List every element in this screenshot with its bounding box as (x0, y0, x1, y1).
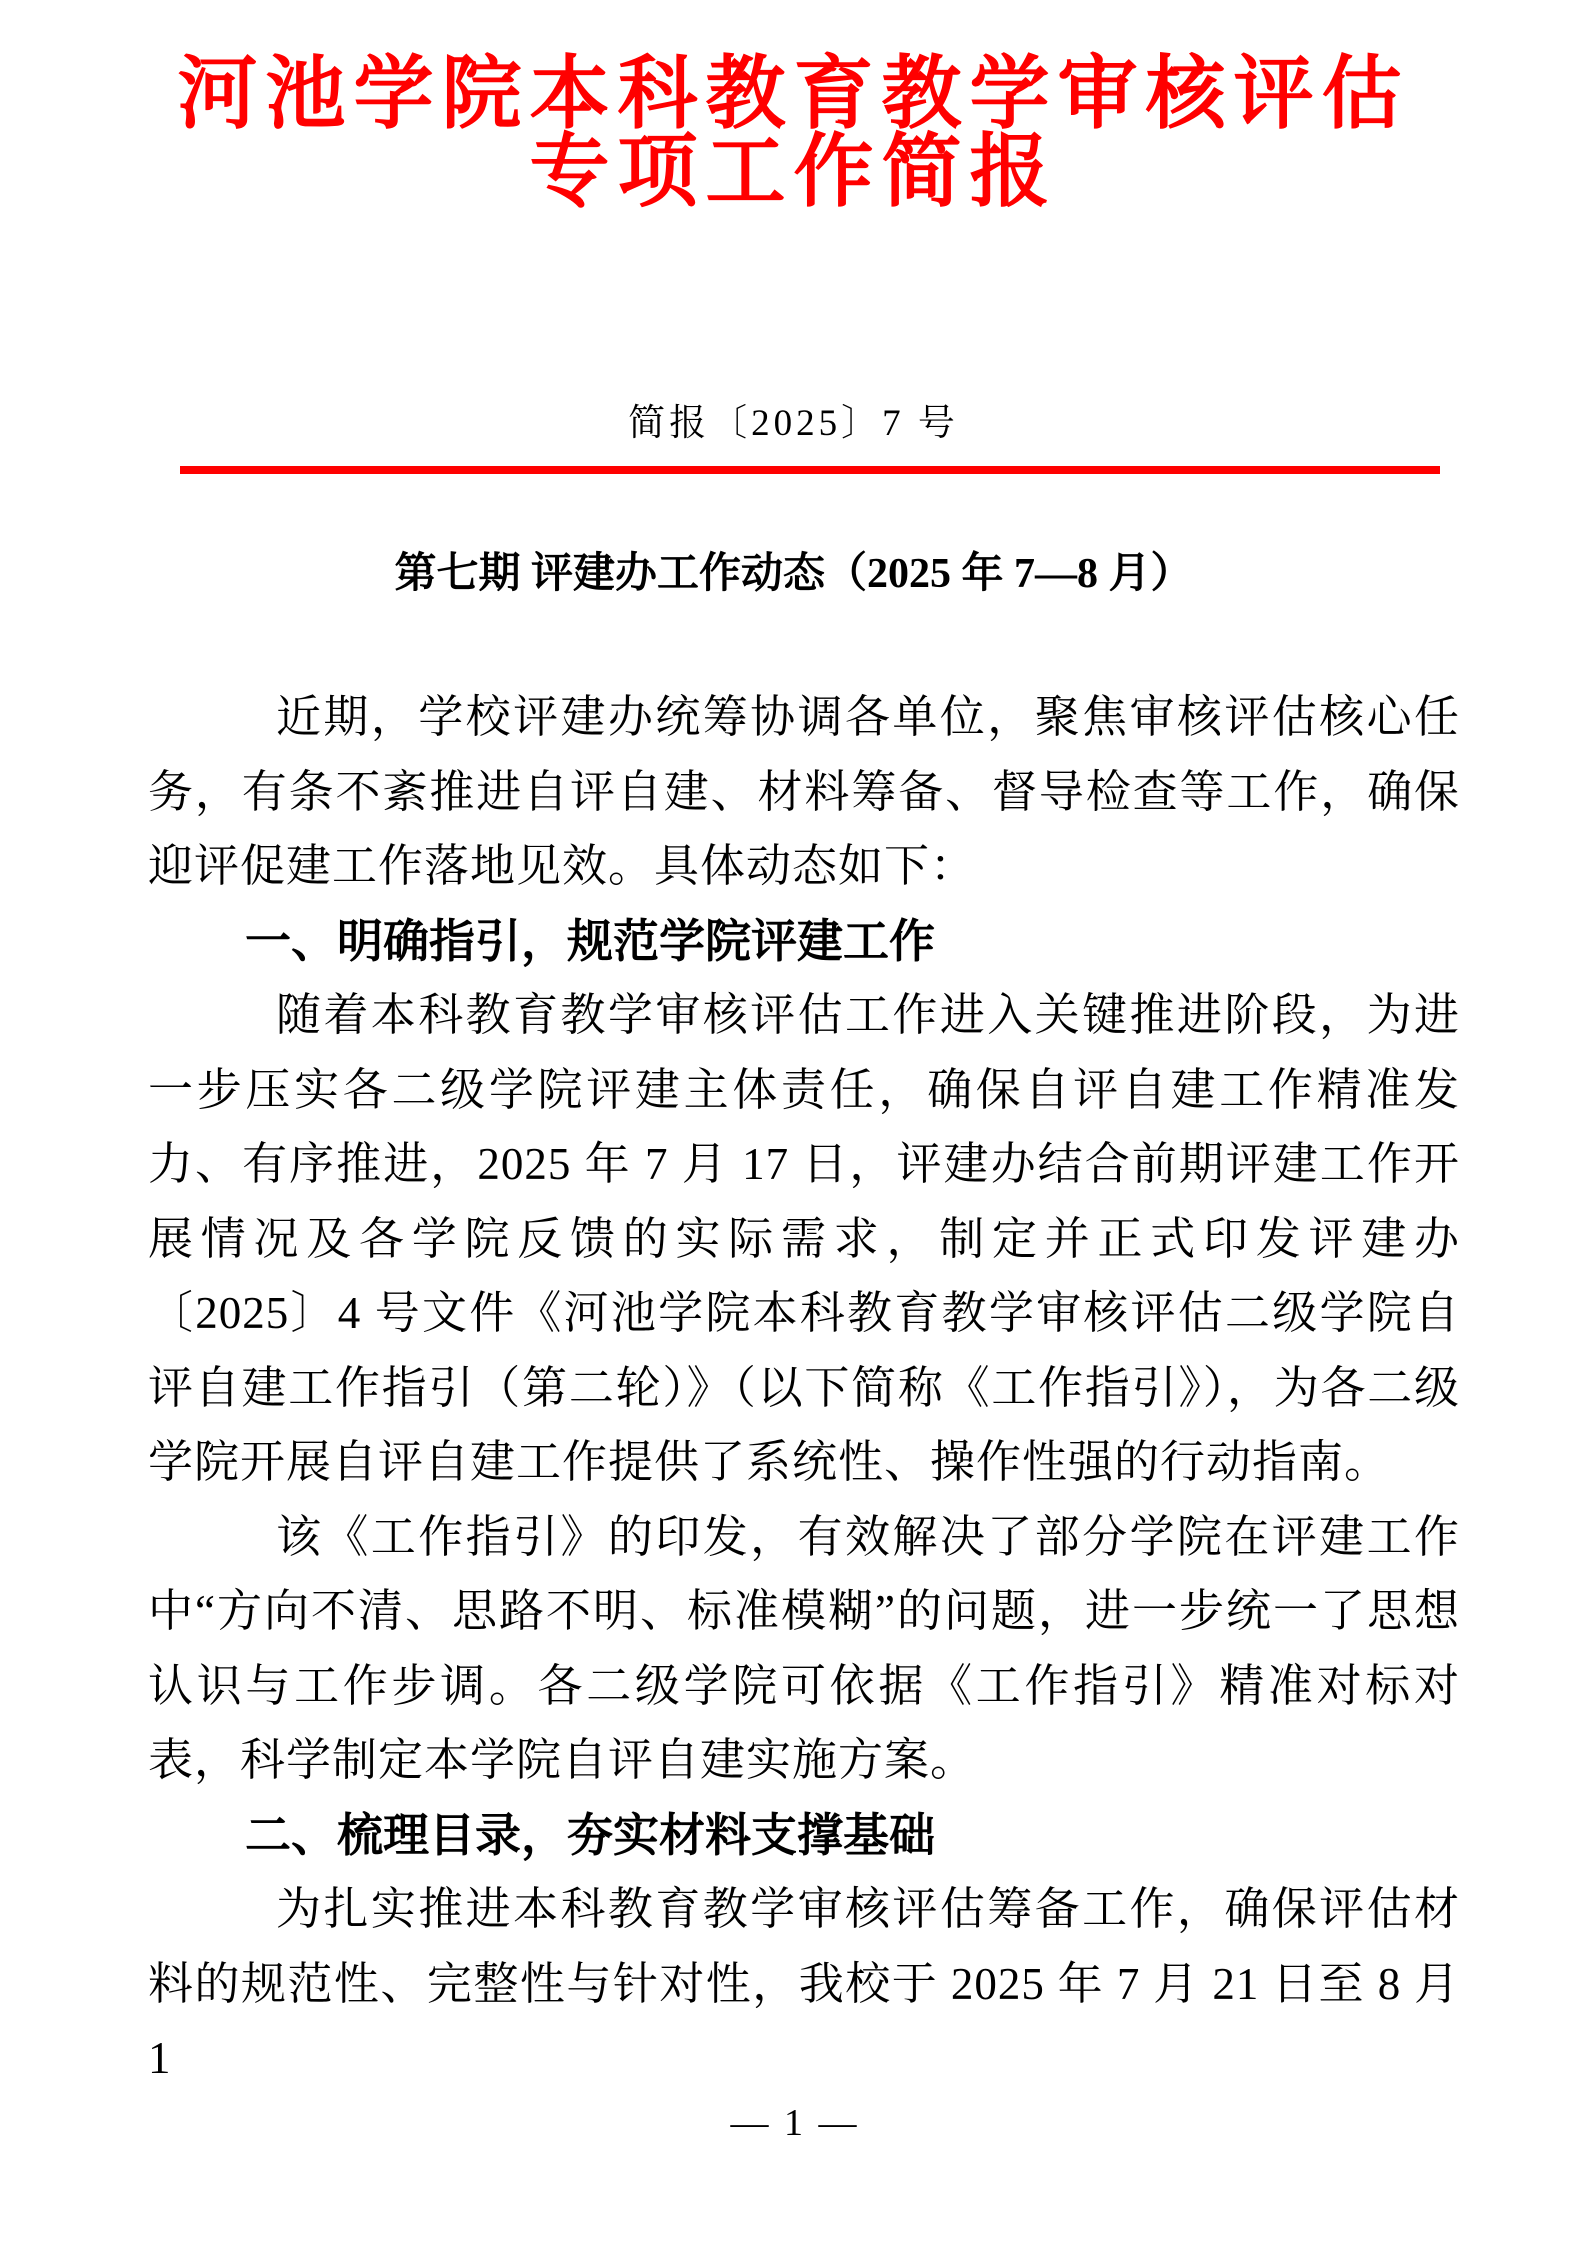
document-body: 近期，学校评建办统筹协调各单位，聚焦审核评估核心任务，有条不紊推进自评自建、材料… (148, 680, 1460, 2096)
paragraph-intro: 近期，学校评建办统筹协调各单位，聚焦审核评估核心任务，有条不紊推进自评自建、材料… (148, 680, 1460, 904)
document-title-line-2: 专项工作简报 (0, 134, 1587, 212)
paragraph-materials: 为扎实推进本科教育教学审核评估筹备工作，确保评估材料的规范性、完整性与针对性，我… (148, 1872, 1460, 2096)
paragraph-guideline-issue: 随着本科教育教学审核评估工作进入关键推进阶段，为进一步压实各二级学院评建主体责任… (148, 978, 1460, 1500)
document-title: 河池学院本科教育教学审核评估 专项工作简报 (0, 56, 1587, 212)
page-number: — 1 — (0, 2101, 1587, 2145)
red-divider-rule (180, 466, 1440, 474)
paragraph-guideline-effect: 该《工作指引》的印发，有效解决了部分学院在评建工作中“方向不清、思路不明、标准模… (148, 1500, 1460, 1798)
issue-number: 简报〔2025〕7 号 (0, 404, 1587, 444)
sub-heading-2: 二、梳理目录，夯实材料支撑基础 (148, 1798, 1460, 1873)
sub-heading-1: 一、明确指引，规范学院评建工作 (148, 904, 1460, 979)
document-title-line-1: 河池学院本科教育教学审核评估 (0, 56, 1587, 134)
document-page: 河池学院本科教育教学审核评估 专项工作简报 简报〔2025〕7 号 第七期 评建… (0, 0, 1587, 2245)
section-title: 第七期 评建办工作动态（2025 年 7—8 月） (0, 544, 1587, 604)
